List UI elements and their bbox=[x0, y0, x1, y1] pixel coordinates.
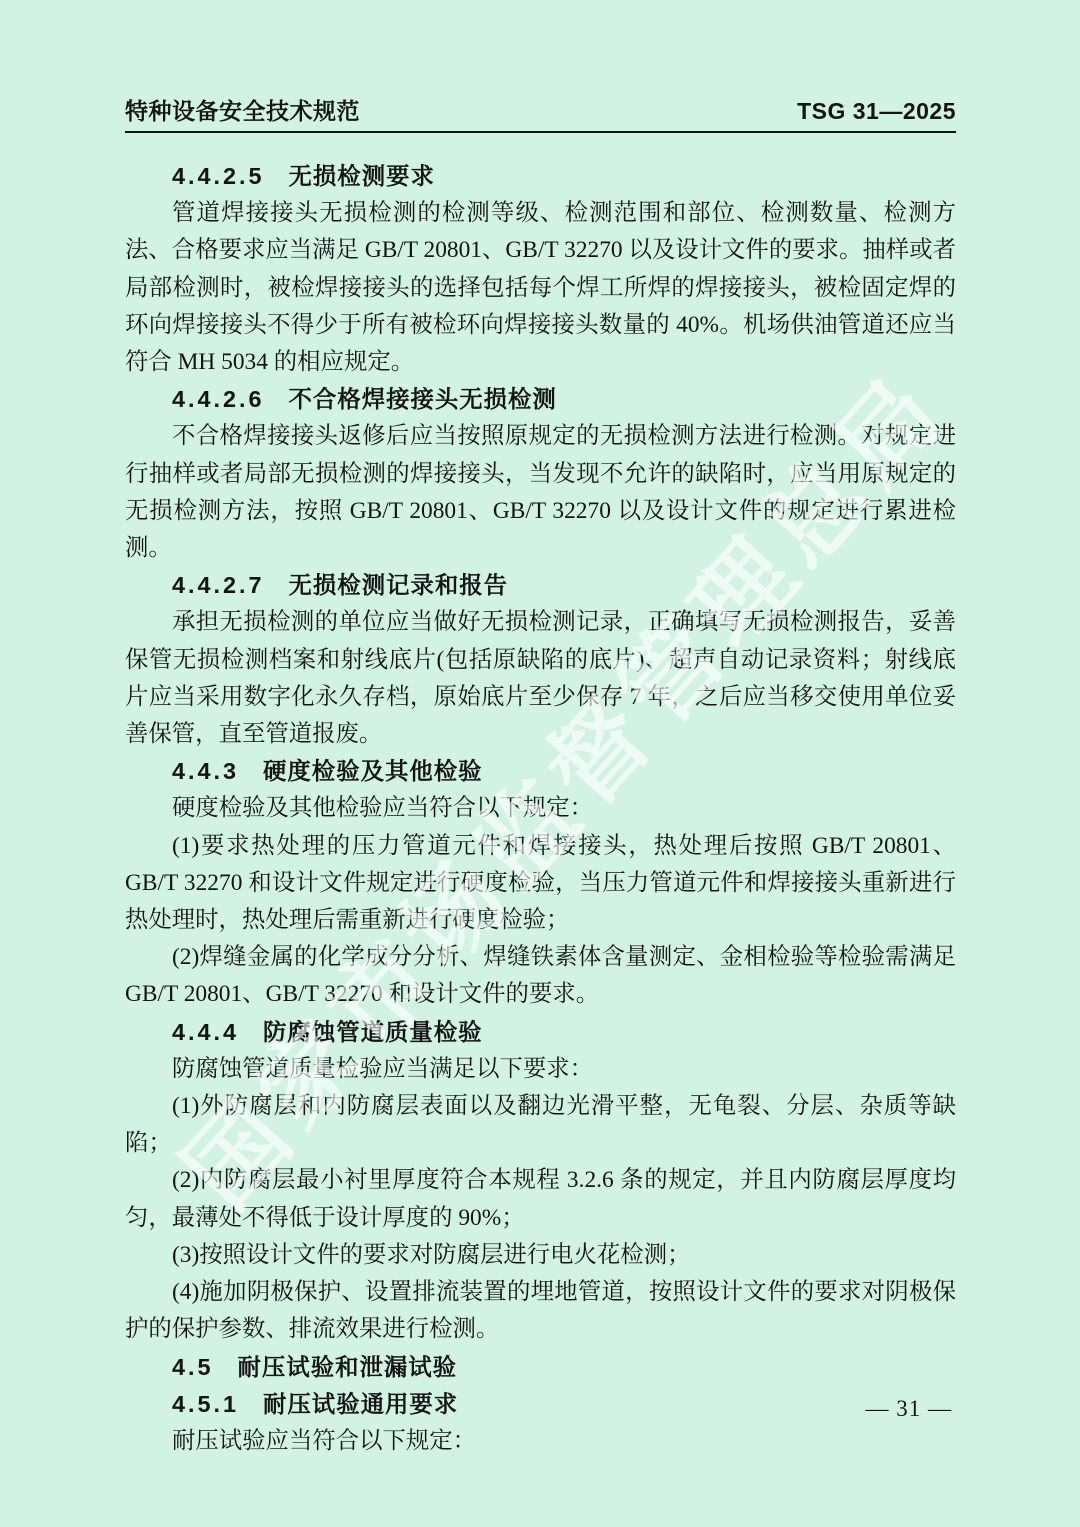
paragraph: 管道焊接接头无损检测的检测等级、检测范围和部位、检测数量、检测方法、合格要求应当… bbox=[125, 195, 956, 381]
heading-number: 4.4.4 bbox=[172, 1019, 239, 1045]
paragraph: (3)按照设计文件的要求对防腐层进行电火花检测； bbox=[125, 1237, 956, 1274]
section-heading: 4.5.1耐压试验通用要求 bbox=[125, 1386, 956, 1423]
heading-number: 4.4.3 bbox=[172, 758, 239, 784]
paragraph: (1)外防腐层和内防腐层表面以及翻边光滑平整，无龟裂、分层、杂质等缺陷； bbox=[125, 1088, 956, 1162]
section-heading: 4.4.4防腐蚀管道质量检验 bbox=[125, 1014, 956, 1051]
heading-title: 耐压试验和泄漏试验 bbox=[238, 1354, 458, 1380]
section-heading: 4.4.2.5无损检测要求 bbox=[125, 158, 956, 195]
section-heading: 4.5耐压试验和泄漏试验 bbox=[125, 1349, 956, 1386]
heading-title: 无损检测要求 bbox=[289, 163, 435, 189]
heading-title: 不合格焊接接头无损检测 bbox=[289, 386, 557, 412]
heading-title: 无损检测记录和报告 bbox=[289, 572, 509, 598]
heading-title: 耐压试验通用要求 bbox=[263, 1391, 458, 1417]
heading-number: 4.5 bbox=[172, 1354, 214, 1380]
heading-title: 硬度检验及其他检验 bbox=[263, 758, 483, 784]
heading-number: 4.4.2.7 bbox=[172, 572, 265, 598]
header-document-code: TSG 31—2025 bbox=[797, 98, 956, 124]
paragraph: 承担无损检测的单位应当做好无损检测记录，正确填写无损检测报告，妥善保管无损检测档… bbox=[125, 604, 956, 753]
paragraph: 防腐蚀管道质量检验应当满足以下要求： bbox=[125, 1051, 956, 1088]
page-header: 特种设备安全技术规范 TSG 31—2025 bbox=[125, 98, 956, 124]
page-number: — 31 — bbox=[866, 1396, 953, 1422]
section-heading: 4.4.3硬度检验及其他检验 bbox=[125, 753, 956, 790]
header-title: 特种设备安全技术规范 bbox=[125, 98, 360, 124]
section-heading: 4.4.2.6不合格焊接接头无损检测 bbox=[125, 381, 956, 418]
paragraph: 耐压试验应当符合以下规定： bbox=[125, 1423, 956, 1460]
paragraph: 不合格焊接接头返修后应当按照原规定的无损检测方法进行检测。对规定进行抽样或者局部… bbox=[125, 418, 956, 567]
paragraph: 硬度检验及其他检验应当符合以下规定： bbox=[125, 790, 956, 827]
section-heading: 4.4.2.7无损检测记录和报告 bbox=[125, 567, 956, 604]
paragraph: (2)焊缝金属的化学成分分析、焊缝铁素体含量测定、金相检验等检验需满足 GB/T… bbox=[125, 939, 956, 1013]
document-body: 4.4.2.5无损检测要求管道焊接接头无损检测的检测等级、检测范围和部位、检测数… bbox=[125, 158, 956, 1460]
document-page: 特种设备安全技术规范 TSG 31—2025 国家市场监督管理总局 4.4.2.… bbox=[0, 0, 1080, 1527]
heading-number: 4.4.2.6 bbox=[172, 386, 265, 412]
heading-title: 防腐蚀管道质量检验 bbox=[263, 1019, 483, 1045]
heading-number: 4.4.2.5 bbox=[172, 163, 265, 189]
paragraph: (2)内防腐层最小衬里厚度符合本规程 3.2.6 条的规定，并且内防腐层厚度均匀… bbox=[125, 1162, 956, 1236]
header-rule bbox=[125, 131, 956, 133]
paragraph: (4)施加阴极保护、设置排流装置的埋地管道，按照设计文件的要求对阴极保护的保护参… bbox=[125, 1274, 956, 1348]
heading-number: 4.5.1 bbox=[172, 1391, 239, 1417]
paragraph: (1)要求热处理的压力管道元件和焊接接头，热处理后按照 GB/T 20801、G… bbox=[125, 828, 956, 940]
